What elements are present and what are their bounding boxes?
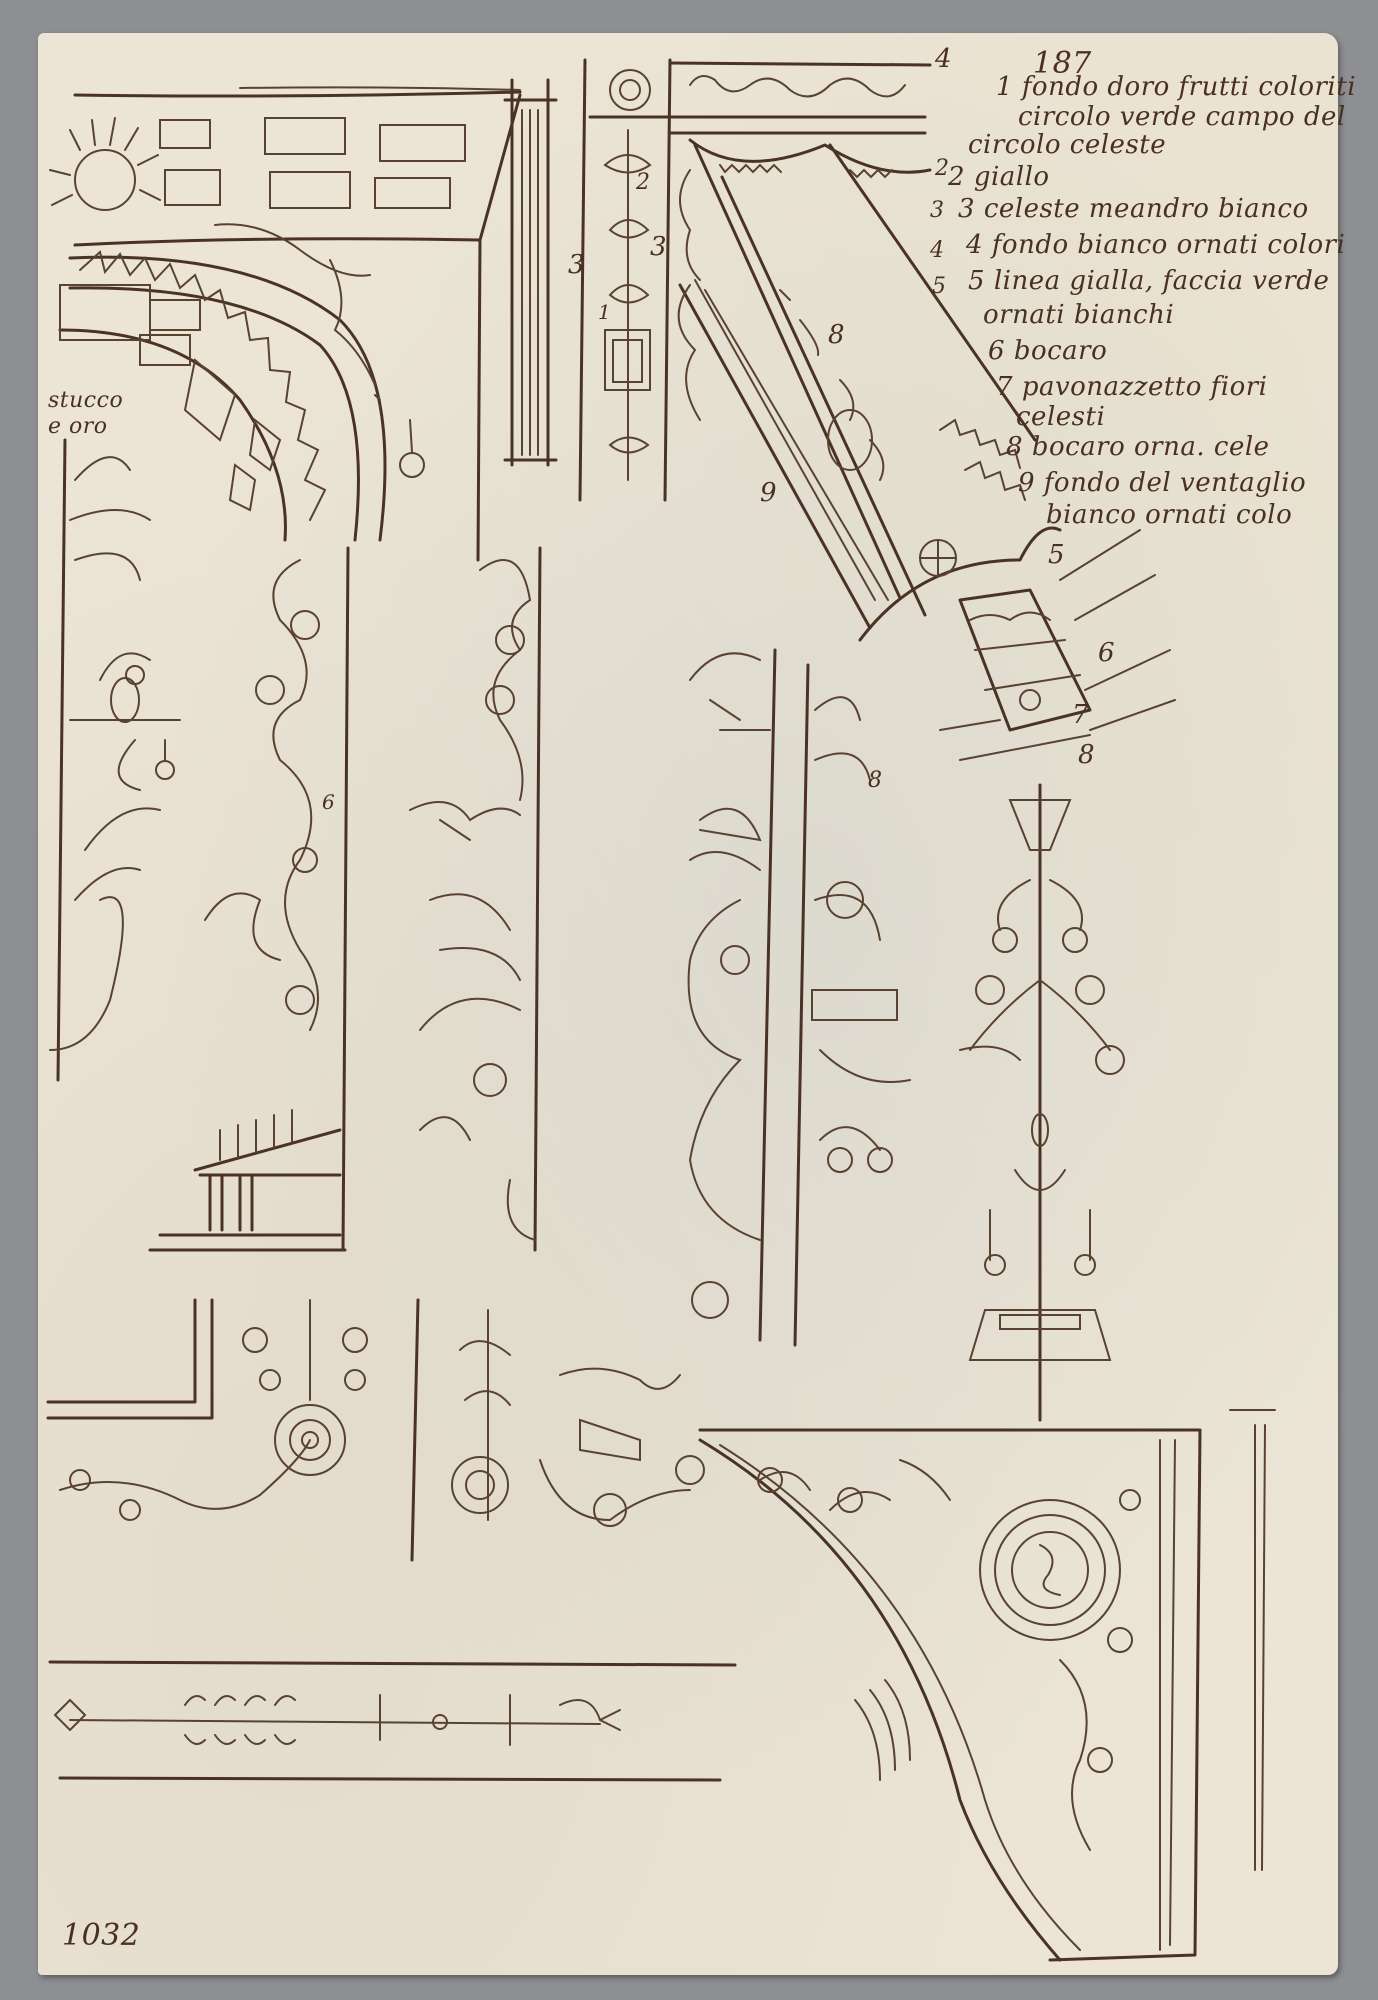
- label-panel-8: 8: [868, 768, 882, 793]
- note-line-3: circolo celeste: [968, 130, 1166, 160]
- candelabrum-ornament: [960, 785, 1124, 1420]
- label-capital-5: 5: [1048, 540, 1065, 570]
- note-line-14: bianco ornati colo: [1046, 500, 1292, 530]
- label-capital-6: 6: [1098, 638, 1115, 668]
- note-line-12: 8 bocaro orna. cele: [1006, 432, 1270, 462]
- label-panel-6: 6: [322, 790, 335, 814]
- scroll-with-griffin: [412, 1300, 704, 1560]
- label-capital-8: 8: [1078, 740, 1095, 770]
- inventory-number: 1032: [62, 1918, 140, 1953]
- label-pilaster-2: 2: [636, 170, 650, 195]
- note-line-11: celesti: [1016, 402, 1105, 432]
- note-line-10: 7 pavonazzetto fiori: [996, 372, 1267, 402]
- fluted-column: [505, 80, 556, 465]
- top-frieze: [670, 63, 930, 177]
- corner-scroll: [48, 1300, 367, 1520]
- note-line-4: 2 giallo: [948, 162, 1050, 192]
- note-line-5: 3 celeste meandro bianco: [958, 194, 1309, 224]
- stucco-label: stucco e oro: [48, 388, 123, 440]
- horizontal-frieze: [50, 1662, 735, 1780]
- label-band-8: 8: [828, 320, 845, 350]
- label-pilaster-3-left: 3: [568, 250, 585, 280]
- label-frieze-4: 4: [935, 44, 952, 74]
- grotesque-panel-with-bird: [50, 440, 180, 1080]
- label-pilaster-1: 1: [598, 300, 611, 324]
- coffered-vault-corner: [50, 87, 520, 560]
- note-line-6: 4 fondo bianco ornati colori: [966, 230, 1345, 260]
- grotesque-panel-with-flying-bird: [410, 548, 540, 1250]
- label-notes-5: 5: [932, 274, 946, 299]
- grotesque-panel-with-masks: [689, 650, 910, 1345]
- label-notes-2: 2: [935, 156, 949, 181]
- label-notes-4: 4: [930, 238, 944, 263]
- note-line-8: ornati bianchi: [983, 300, 1174, 330]
- candelabrum-pilaster: [580, 60, 670, 500]
- label-capital-7: 7: [1072, 700, 1089, 730]
- label-pilaster-3-right: 3: [650, 232, 667, 262]
- note-line-1: 1 fondo doro frutti coloriti: [996, 72, 1356, 102]
- capital-with-palmettes: [860, 528, 1175, 760]
- note-line-13: 9 fondo del ventaglio: [1018, 468, 1306, 498]
- label-fan-9: 9: [760, 478, 777, 508]
- note-line-9: 6 bocaro: [988, 336, 1107, 366]
- note-line-2: circolo verde campo del: [1018, 102, 1346, 132]
- grotesque-panel-with-temple: [150, 548, 348, 1250]
- note-line-7: 5 linea gialla, faccia verde: [968, 266, 1329, 296]
- pendentive-with-medallion: [700, 1410, 1275, 1960]
- label-notes-3: 3: [930, 198, 944, 223]
